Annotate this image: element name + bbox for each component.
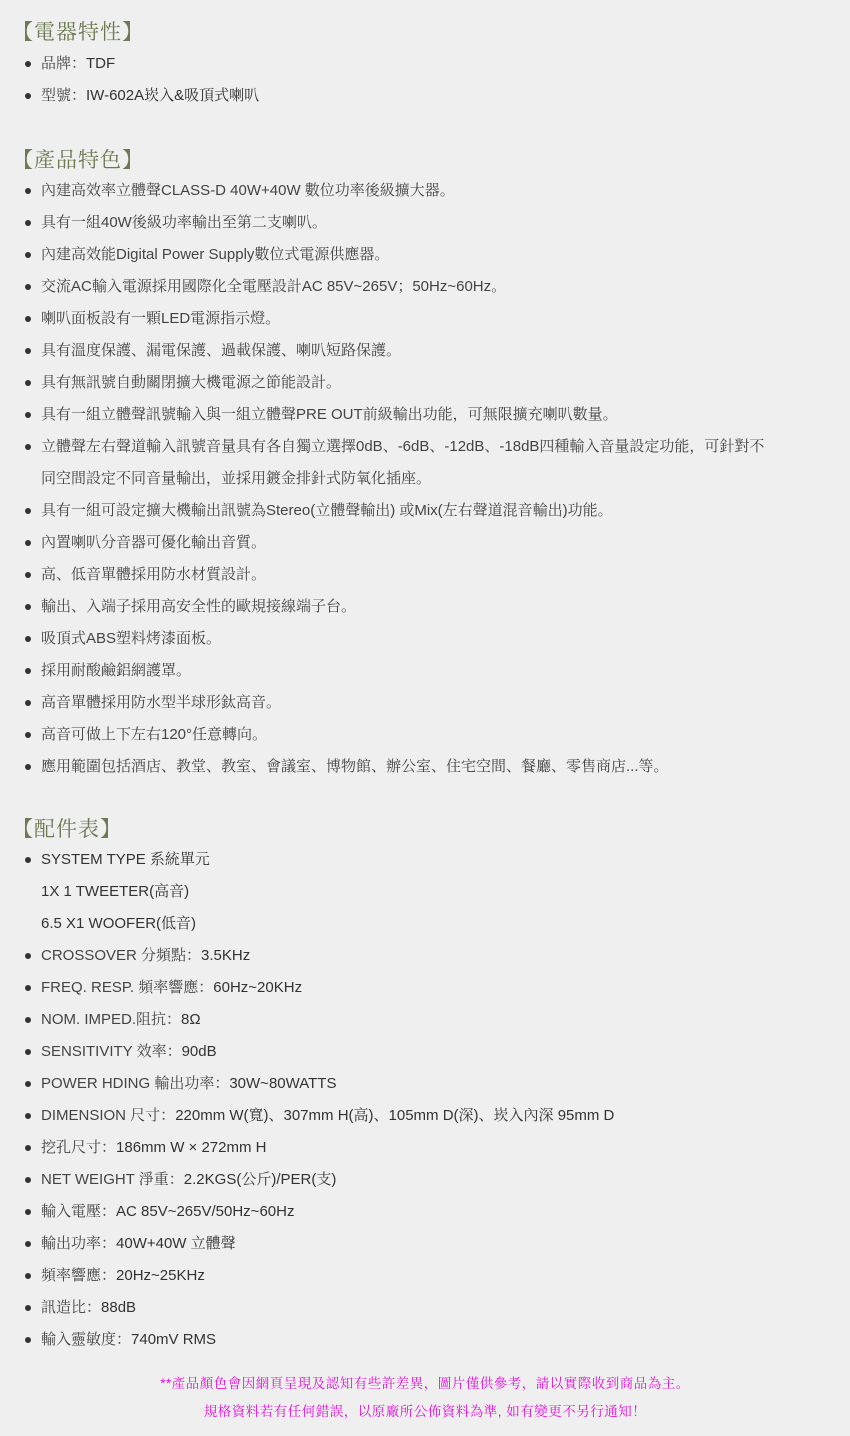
disclaimer-notice: **產品顏色會因網頁呈現及認知有些許差異，圖片僅供參考，請以實際收到商品為主。 … [0,1370,850,1426]
bullet-icon [25,284,31,290]
bullet-icon [25,1305,31,1311]
list-item: 具有無訊號自動關閉擴大機電源之節能設計。 [0,367,840,399]
bullet-icon [25,572,31,578]
list-item: 內建高效率立體聲CLASS-D 40W+40W 數位功率後級擴大器。 [0,175,840,207]
bullet-icon [25,412,31,418]
list-item: 高、低音單體採用防水材質設計。 [0,559,840,591]
list-item: 立體聲左右聲道輸入訊號音量具有各自獨立選擇0dB、-6dB、-12dB、-18d… [0,431,840,495]
bullet-icon [25,764,31,770]
item-text: 高音可做上下左右120°任意轉向。 [41,726,267,743]
item-text-tweeter: 1X 1 TWEETER(高音) [41,876,840,908]
item-text: 高、低音單體採用防水材質設計。 [41,566,266,583]
item-label: NET WEIGHT 淨重： [41,1171,184,1188]
list-item: 高音單體採用防水型半球形鈦高音。 [0,687,840,719]
bullet-icon [25,604,31,610]
item-label: POWER HDING 輸出功率： [41,1075,229,1092]
list-item: 喇叭面板設有一顆LED電源指示燈。 [0,303,840,335]
bullet-icon [25,61,31,67]
item-value: 8Ω [181,1011,201,1028]
item-text: SYSTEM TYPE 系統單元 [41,844,840,876]
bullet-icon [25,1337,31,1343]
list-item: 輸出功率：40W+40W 立體聲 [0,1228,840,1260]
bullet-icon [25,1017,31,1023]
item-value: 2.2KGS(公斤)/PER(支) [184,1171,337,1188]
item-text: 具有溫度保護、漏電保護、過載保護、喇叭短路保護。 [41,342,401,359]
bullet-icon [25,985,31,991]
list-item: 具有一組可設定擴大機輸出訊號為Stereo(立體聲輸出) 或Mix(左右聲道混音… [0,495,840,527]
item-label: SENSITIVITY 效率： [41,1043,182,1060]
list-item: 訊造比：88dB [0,1292,840,1324]
list-item: 內建高效能Digital Power Supply數位式電源供應器。 [0,239,840,271]
section-title-features: 【產品特色】 [12,144,144,174]
bullet-icon [25,700,31,706]
list-item: 應用範圍包括酒店、教堂、教室、會議室、博物館、辦公室、住宅空間、餐廳、零售商店.… [0,751,840,783]
bullet-icon [25,188,31,194]
bullet-icon [25,1177,31,1183]
list-item: 具有一組立體聲訊號輸入與一組立體聲PRE OUT前級輸出功能，可無限擴充喇叭數量… [0,399,840,431]
bullet-icon [25,732,31,738]
item-text: 交流AC輸入電源採用國際化全電壓設計AC 85V~265V；50Hz~60Hz。 [41,278,506,295]
item-text: 具有一組40W後級功率輸出至第二支喇叭。 [41,214,327,231]
bullet-icon [25,1049,31,1055]
item-value: 20Hz~25KHz [116,1267,205,1284]
item-label: 頻率響應： [41,1267,116,1284]
list-item: SYSTEM TYPE 系統單元1X 1 TWEETER(高音)6.5 X1 W… [0,844,840,940]
bullet-icon [25,93,31,99]
bullet-icon [25,252,31,258]
item-value: 90dB [182,1043,217,1060]
bullet-icon [25,1241,31,1247]
item-value: TDF [86,55,115,72]
bullet-icon [25,316,31,322]
bullet-icon [25,857,31,863]
item-value: 186mm W × 272mm H [116,1139,266,1156]
item-text: 喇叭面板設有一顆LED電源指示燈。 [41,310,280,327]
list-item: 內置喇叭分音器可優化輸出音質。 [0,527,840,559]
item-text: 內建高效率立體聲CLASS-D 40W+40W 數位功率後級擴大器。 [41,182,455,199]
list-item: 具有溫度保護、漏電保護、過載保護、喇叭短路保護。 [0,335,840,367]
list-item: 輸出、入端子採用高安全性的歐規接線端子台。 [0,591,840,623]
item-label: FREQ. RESP. 頻率響應： [41,979,213,996]
item-text: 內建高效能Digital Power Supply數位式電源供應器。 [41,246,389,263]
list-item: 型號：IW-602A崁入&吸頂式喇叭 [0,80,840,112]
item-text: 吸頂式ABS塑料烤漆面板。 [41,630,221,647]
list-item: 採用耐酸鹼鋁網護罩。 [0,655,840,687]
section-title-accessories: 【配件表】 [12,813,122,843]
item-value: 220mm W(寬)、307mm H(高)、105mm D(深)、崁入內深 95… [175,1107,614,1124]
item-value: 3.5KHz [201,947,250,964]
item-label: 訊造比： [41,1299,101,1316]
list-item: DIMENSION 尺寸：220mm W(寬)、307mm H(高)、105mm… [0,1100,840,1132]
item-label: NOM. IMPED.阻抗： [41,1011,181,1028]
item-label: DIMENSION 尺寸： [41,1107,175,1124]
item-text: 採用耐酸鹼鋁網護罩。 [41,662,191,679]
item-value: 88dB [101,1299,136,1316]
list-item: 吸頂式ABS塑料烤漆面板。 [0,623,840,655]
bullet-icon [25,1081,31,1087]
list-item: 高音可做上下左右120°任意轉向。 [0,719,840,751]
list-item: 頻率響應：20Hz~25KHz [0,1260,840,1292]
list-item: POWER HDING 輸出功率：30W~80WATTS [0,1068,840,1100]
bullet-icon [25,1113,31,1119]
list-item: SENSITIVITY 效率：90dB [0,1036,840,1068]
list-item: FREQ. RESP. 頻率響應：60Hz~20KHz [0,972,840,1004]
disclaimer-line-1: **產品顏色會因網頁呈現及認知有些許差異，圖片僅供參考，請以實際收到商品為主。 [0,1370,850,1398]
item-text: 具有一組可設定擴大機輸出訊號為Stereo(立體聲輸出) 或Mix(左右聲道混音… [41,502,613,519]
bullet-icon [25,636,31,642]
item-text-continued: 同空間設定不同音量輸出，並採用鍍金排針式防氧化插座。 [41,463,840,495]
list-item: 具有一組40W後級功率輸出至第二支喇叭。 [0,207,840,239]
bullet-icon [25,220,31,226]
list-item: 輸入電壓：AC 85V~265V/50Hz~60Hz [0,1196,840,1228]
accessories-spec-list: SYSTEM TYPE 系統單元1X 1 TWEETER(高音)6.5 X1 W… [0,844,840,1356]
item-label: 輸入電壓： [41,1203,116,1220]
item-text: 高音單體採用防水型半球形鈦高音。 [41,694,281,711]
section-title-electrical: 【電器特性】 [12,16,144,46]
item-text-woofer: 6.5 X1 WOOFER(低音) [41,908,840,940]
item-label: 型號： [41,87,86,104]
bullet-icon [25,508,31,514]
item-text: 應用範圍包括酒店、教堂、教室、會議室、博物館、辦公室、住宅空間、餐廳、零售商店.… [41,758,669,775]
bullet-icon [25,1145,31,1151]
item-label: 挖孔尺寸： [41,1139,116,1156]
disclaimer-line-2: 規格資料若有任何錯誤，以原廠所公佈資料為準, 如有變更不另行通知！ [0,1398,850,1426]
list-item: 輸入靈敏度：740mV RMS [0,1324,840,1356]
bullet-icon [25,1273,31,1279]
item-text: 具有一組立體聲訊號輸入與一組立體聲PRE OUT前級輸出功能，可無限擴充喇叭數量… [41,406,618,423]
item-label: 品牌： [41,55,86,72]
bullet-icon [25,1209,31,1215]
list-item: CROSSOVER 分頻點：3.5KHz [0,940,840,972]
item-text: 具有無訊號自動關閉擴大機電源之節能設計。 [41,374,341,391]
item-value: AC 85V~265V/50Hz~60Hz [116,1203,294,1220]
bullet-icon [25,668,31,674]
electrical-spec-list: 品牌：TDF 型號：IW-602A崁入&吸頂式喇叭 [0,48,840,112]
item-value: 60Hz~20KHz [213,979,302,996]
item-text: 內置喇叭分音器可優化輸出音質。 [41,534,266,551]
features-list: 內建高效率立體聲CLASS-D 40W+40W 數位功率後級擴大器。 具有一組4… [0,175,840,783]
item-label: CROSSOVER 分頻點： [41,947,201,964]
list-item: NOM. IMPED.阻抗：8Ω [0,1004,840,1036]
bullet-icon [25,348,31,354]
list-item: NET WEIGHT 淨重：2.2KGS(公斤)/PER(支) [0,1164,840,1196]
item-label: 輸出功率： [41,1235,116,1252]
list-item: 品牌：TDF [0,48,840,80]
item-text: 立體聲左右聲道輸入訊號音量具有各自獨立選擇0dB、-6dB、-12dB、-18d… [41,431,840,463]
list-item: 挖孔尺寸：186mm W × 272mm H [0,1132,840,1164]
item-value: IW-602A崁入&吸頂式喇叭 [86,87,259,104]
bullet-icon [25,953,31,959]
item-value: 740mV RMS [131,1331,216,1348]
item-label: 輸入靈敏度： [41,1331,131,1348]
list-item: 交流AC輸入電源採用國際化全電壓設計AC 85V~265V；50Hz~60Hz。 [0,271,840,303]
item-value: 40W+40W 立體聲 [116,1235,236,1252]
bullet-icon [25,540,31,546]
item-text: 輸出、入端子採用高安全性的歐規接線端子台。 [41,598,356,615]
bullet-icon [25,444,31,450]
bullet-icon [25,380,31,386]
item-value: 30W~80WATTS [229,1075,336,1092]
